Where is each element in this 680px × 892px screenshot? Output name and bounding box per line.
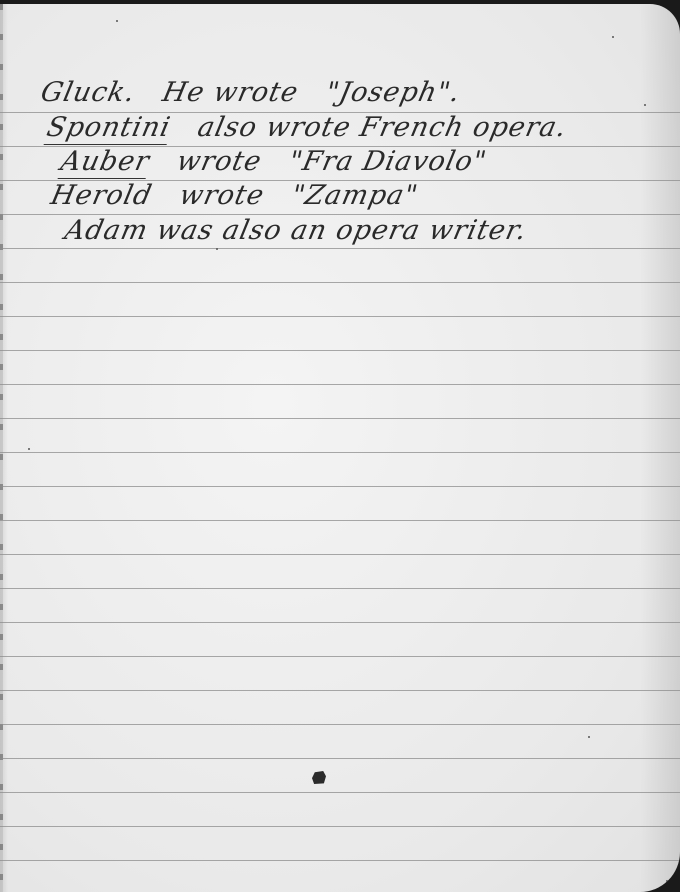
composer-gluck: Gluck. — [38, 77, 138, 108]
ruled-line — [0, 384, 680, 385]
paper-speck — [216, 248, 218, 250]
handwritten-line-3: Auberwrote"Fra Diavolo" — [58, 146, 490, 177]
paper-speck — [644, 104, 646, 106]
note-text: also wrote French opera. — [195, 112, 570, 143]
paper-speck — [116, 20, 118, 22]
ruled-line — [0, 554, 680, 555]
note-text: wrote — [177, 180, 268, 211]
note-text: wrote — [174, 146, 265, 177]
composer-herold: Herold — [48, 180, 155, 211]
handwritten-line-2: Spontinialso wrote French opera. — [44, 112, 570, 143]
ruled-line — [0, 758, 680, 759]
handwritten-line-1: Gluck.He wrote"Joseph". — [38, 77, 463, 108]
note-text: He wrote — [160, 77, 302, 108]
paper-speck — [588, 736, 590, 738]
ruled-line — [0, 826, 680, 827]
ruled-line — [0, 690, 680, 691]
paper-speck — [28, 448, 30, 450]
ruled-line — [0, 418, 680, 419]
ruled-line — [0, 724, 680, 725]
notebook-page: Gluck.He wrote"Joseph". Spontinialso wro… — [0, 4, 680, 892]
opera-title: "Zampa" — [289, 180, 421, 211]
handwritten-line-5: Adam was also an opera writer. — [62, 215, 530, 246]
handwritten-line-4: Heroldwrote"Zampa" — [48, 180, 421, 211]
paper-speck — [612, 36, 614, 38]
ruled-line — [0, 792, 680, 793]
opera-title: "Joseph". — [323, 77, 464, 108]
ruled-line — [0, 452, 680, 453]
ruled-line — [0, 622, 680, 623]
ruled-line — [0, 486, 680, 487]
ruled-line — [0, 316, 680, 317]
composer-auber: Auber — [58, 146, 153, 179]
ruled-line — [0, 588, 680, 589]
ruled-line — [0, 656, 680, 657]
ink-spot — [312, 771, 326, 784]
ruled-line — [0, 520, 680, 521]
composer-spontini: Spontini — [44, 112, 174, 145]
note-text: Adam was also an opera writer. — [62, 215, 530, 246]
ruled-line — [0, 860, 680, 861]
ruled-line — [0, 248, 680, 249]
paper-speck — [666, 880, 668, 882]
opera-title: "Fra Diavolo" — [286, 146, 490, 177]
ruled-line — [0, 350, 680, 351]
ruled-line — [0, 282, 680, 283]
